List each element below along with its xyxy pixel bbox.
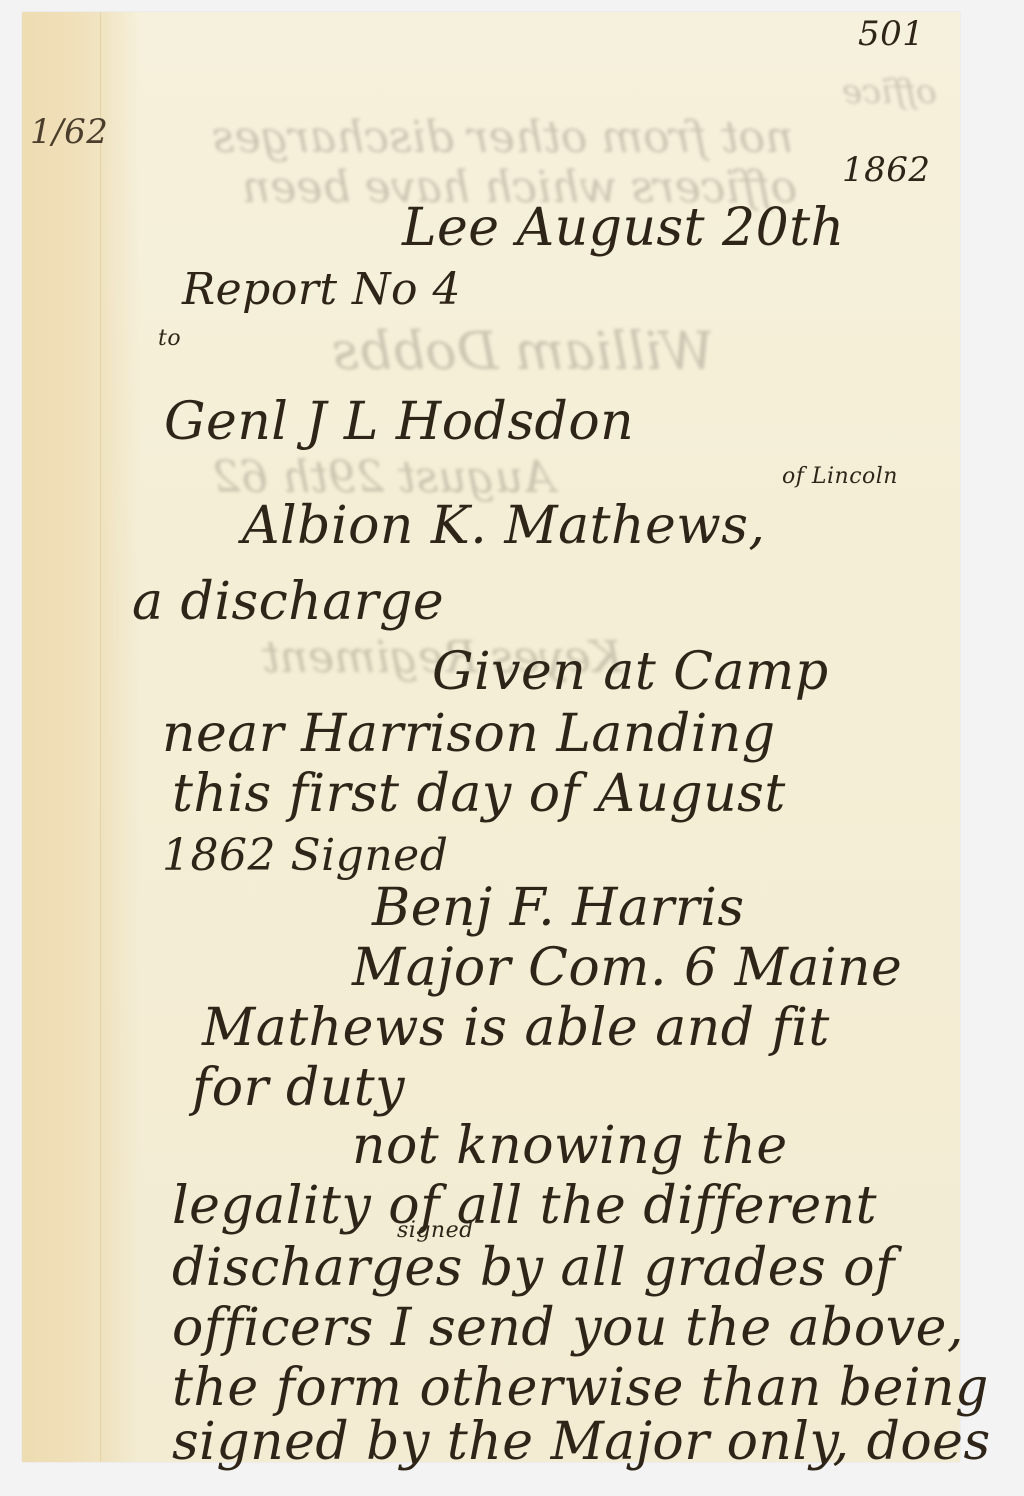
body-line: for duty — [192, 1058, 405, 1118]
body-line: the form otherwise than being — [172, 1358, 989, 1418]
margin-note: 1/62 — [30, 112, 108, 152]
to-label: to — [158, 326, 181, 351]
body-line: 1862 Signed — [162, 830, 448, 881]
body-line: officers I send you the above, — [172, 1298, 964, 1358]
body-line: discharges by all grades of — [172, 1238, 895, 1298]
page-number: 501 — [858, 14, 924, 54]
body-line: signed by the Major only, does — [172, 1412, 991, 1472]
year: 1862 — [842, 150, 931, 190]
signatory-title: Major Com. 6 Maine — [352, 938, 902, 998]
scan-canvas: office not from other discharges officer… — [0, 0, 1024, 1496]
bleed-through-line: office — [842, 72, 937, 112]
addressee: Genl J L Hodsdon — [164, 392, 634, 452]
signatory-name: Benj F. Harris — [372, 878, 745, 938]
dateline: Lee August 20th — [402, 198, 845, 258]
body-line: near Harrison Landing — [162, 704, 776, 764]
water-stain — [100, 12, 140, 1462]
body-line: a discharge — [132, 572, 444, 632]
report-heading: Report No 4 — [182, 264, 461, 315]
body-line: Given at Camp — [432, 642, 829, 702]
bleed-through-line: William Dobbs — [332, 322, 714, 382]
insertion-of-lincoln: of Lincoln — [782, 464, 898, 489]
body-line: this first day of August — [172, 764, 786, 824]
bleed-through-line: not from other discharges — [212, 112, 793, 163]
letter-page: office not from other discharges officer… — [22, 12, 960, 1462]
binding-stub — [22, 12, 101, 1462]
body-line: legality of all the different — [172, 1176, 877, 1236]
body-line: Mathews is able and fit — [202, 998, 830, 1058]
body-line: Albion K. Mathews, — [242, 496, 765, 556]
body-line: not knowing the — [352, 1116, 788, 1176]
